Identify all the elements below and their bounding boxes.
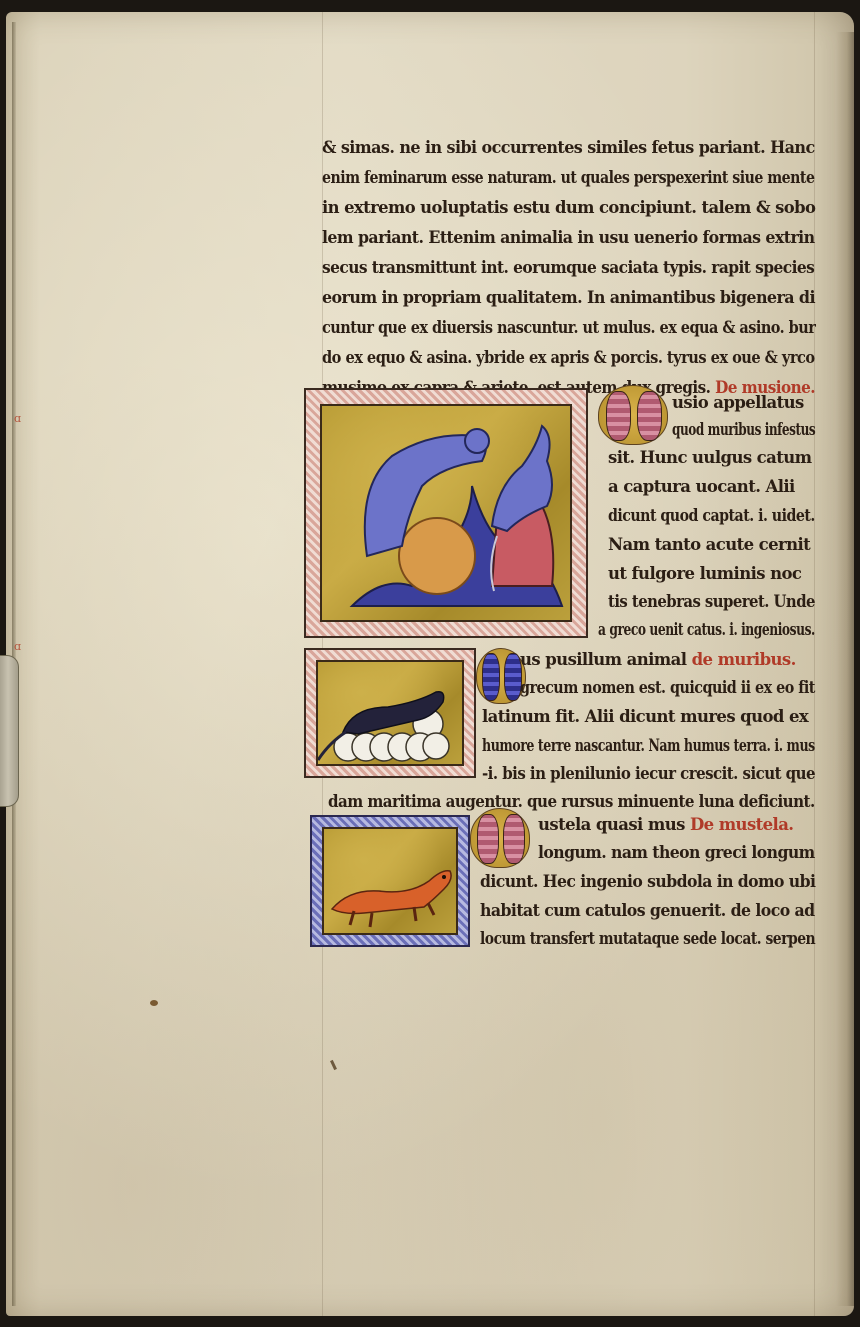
initial-stem: [482, 653, 500, 700]
initial-m-mustela: [470, 808, 530, 868]
text-line-content: ustela quasi mus: [538, 815, 685, 834]
text-line: tis tenebras superet. Unde: [608, 592, 815, 611]
text-line: do ex equo & asina. ybride ex apris & po…: [322, 348, 815, 367]
text-line: Nam tanto acute cernit: [608, 535, 810, 554]
gold-ground: [320, 404, 572, 622]
initial-stem: [637, 391, 662, 442]
initial-stem: [606, 391, 631, 442]
text-line: dam maritima augentur. que rursus minuen…: [328, 792, 815, 811]
text-line: ustela quasi mus De mustela.: [538, 815, 793, 834]
text-line: ut fulgore luminis noc: [608, 564, 801, 583]
rubric-de-muribus: de muribus.: [692, 650, 796, 669]
text-line: & simas. ne in sibi occurrentes similes …: [322, 138, 815, 157]
text-line-content: us pusillum animal: [520, 650, 686, 669]
margin-mark: ɑ: [14, 412, 21, 425]
text-line: secus transmittunt int. eorumque saciata…: [322, 258, 814, 277]
text-line: quod muribus infestus: [672, 420, 815, 439]
cats-miniature: [304, 388, 588, 638]
text-line: a greco uenit catus. i. ingeniosus.: [598, 620, 815, 639]
page-fore-edge: [836, 32, 854, 1306]
text-line: dicunt. Hec ingenio subdola in domo ubi: [480, 872, 815, 891]
initial-stem: [477, 814, 499, 865]
text-line: latinum fit. Alii dicunt mures quod ex: [482, 707, 808, 726]
rubric-de-mustela: De mustela.: [690, 815, 794, 834]
text-line: enim feminarum esse naturam. ut quales p…: [322, 168, 814, 187]
text-line: -i. bis in plenilunio iecur crescit. sic…: [482, 764, 815, 783]
text-line: eorum in propriam qualitatem. In animant…: [322, 288, 815, 307]
text-line: in extremo uoluptatis estu dum concipiun…: [322, 198, 815, 217]
text-line: dicunt quod captat. i. uidet.: [608, 506, 815, 525]
initial-m-mus: [476, 648, 526, 704]
initial-stem: [503, 814, 525, 865]
text-line: locum transfert mutataque sede locat. se…: [480, 929, 815, 948]
text-line: us pusillum animal de muribus.: [520, 650, 796, 669]
weasel-miniature: [310, 815, 470, 947]
weasel-illustration: [324, 829, 458, 935]
text-line: sit. Hunc uulgus catum: [608, 448, 811, 467]
binding-clasp: [0, 655, 19, 807]
text-line: cuntur que ex diuersis nascuntur. ut mul…: [322, 318, 815, 337]
text-line: longum. nam theon greci longum: [538, 843, 815, 862]
margin-mark: ɑ: [14, 640, 21, 653]
cats-illustration: [322, 406, 572, 622]
text-line: grecum nomen est. quicquid ii ex eo fit: [520, 678, 815, 697]
text-line: usio appellatus: [672, 393, 804, 412]
text-line: lem pariant. Ettenim animalia in usu uen…: [322, 228, 815, 247]
gold-ground: [316, 660, 464, 766]
text-line: habitat cum catulos genuerit. de loco ad: [480, 901, 815, 920]
mouse-on-cheeses-illustration: [318, 662, 464, 766]
mouse-miniature: [304, 648, 476, 778]
text-line: humore terre nascantur. Nam humus terra.…: [482, 736, 815, 755]
gold-ground: [322, 827, 458, 935]
text-line: a captura uocant. Alii: [608, 477, 795, 496]
parchment-stain: [150, 1000, 158, 1006]
initial-m-musio: [598, 385, 668, 445]
